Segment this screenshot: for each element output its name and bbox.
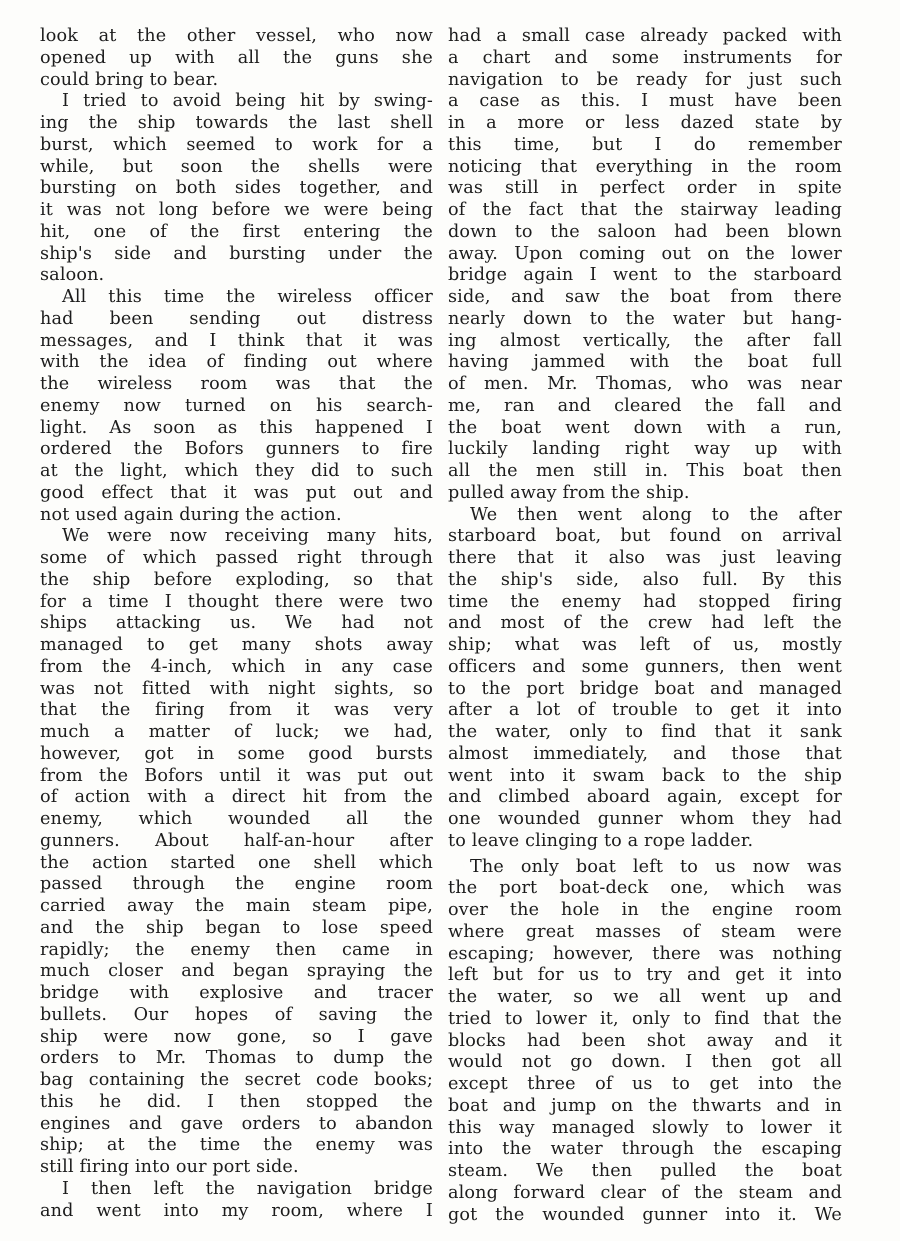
text-line: bag containing the secret code books;	[40, 1070, 433, 1092]
text-line: some of which passed right through	[40, 548, 433, 570]
text-line: enemy, which wounded all the	[40, 809, 433, 831]
text-line: away. Upon coming out on the lower	[448, 244, 842, 266]
text-line: navigation to be ready for just such	[448, 70, 842, 92]
text-line: of action with a direct hit from the	[40, 787, 433, 809]
text-line: and went into my room, where I	[40, 1201, 433, 1223]
text-line: good effect that it was put out and	[40, 483, 433, 505]
text-line: ship's side and bursting under the	[40, 244, 433, 266]
text-line: having jammed with the boat full	[448, 352, 842, 374]
text-line: We then went along to the after	[448, 505, 842, 527]
left-column: look at the other vessel, who nowopened …	[40, 26, 433, 1222]
text-line: steam. We then pulled the boat	[448, 1161, 842, 1183]
text-line: with the idea of finding out where	[40, 352, 433, 374]
text-line: ship; what was left of us, mostly	[448, 635, 842, 657]
text-line: ordered the Bofors gunners to fire	[40, 439, 433, 461]
text-line: side, and saw the boat from there	[448, 287, 842, 309]
text-line: bursting on both sides together, and	[40, 178, 433, 200]
text-line: for a time I thought there were two	[40, 592, 433, 614]
text-line: the water, only to find that it sank	[448, 722, 842, 744]
text-line: We were now receiving many hits,	[40, 526, 433, 548]
text-line: light. As soon as this happened I	[40, 418, 433, 440]
text-line: along forward clear of the steam and	[448, 1183, 842, 1205]
text-line: the port boat-deck one, which was	[448, 878, 842, 900]
text-line: there that it also was just leaving	[448, 548, 842, 570]
text-line: escaping; however, there was nothing	[448, 944, 842, 966]
text-line: got the wounded gunner into it. We	[448, 1205, 842, 1227]
text-line: the ship's side, also full. By this	[448, 570, 842, 592]
text-line: this time, but I do remember	[448, 135, 842, 157]
text-line: hit, one of the first entering the	[40, 222, 433, 244]
text-line: carried away the main steam pipe,	[40, 896, 433, 918]
text-line: of the fact that the stairway leading	[448, 200, 842, 222]
text-line: had been sending out distress	[40, 309, 433, 331]
text-line: from the 4-inch, which in any case	[40, 657, 433, 679]
text-line: one wounded gunner whom they had	[448, 809, 842, 831]
text-line: ships attacking us. We had not	[40, 613, 433, 635]
text-line: to the port bridge boat and managed	[448, 679, 842, 701]
text-line: down to the saloon had been blown	[448, 222, 842, 244]
text-line: at the light, which they did to such	[40, 461, 433, 483]
text-line: time the enemy had stopped firing	[448, 592, 842, 614]
text-line: would not go down. I then got all	[448, 1052, 842, 1074]
text-line: could bring to bear.	[40, 70, 433, 92]
text-line: starboard boat, but found on arrival	[448, 526, 842, 548]
text-line: into the water through the escaping	[448, 1139, 842, 1161]
text-line: orders to Mr. Thomas to dump the	[40, 1048, 433, 1070]
text-line: and most of the crew had left the	[448, 613, 842, 635]
text-line: boat and jump on the thwarts and in	[448, 1096, 842, 1118]
text-line: officers and some gunners, then went	[448, 657, 842, 679]
text-line: to leave clinging to a rope ladder.	[448, 831, 842, 853]
text-line: All this time the wireless officer	[40, 287, 433, 309]
text-line: much a matter of luck; we had,	[40, 722, 433, 744]
text-line: messages, and I think that it was	[40, 331, 433, 353]
text-line: all the men still in. This boat then	[448, 461, 842, 483]
text-line: passed through the engine room	[40, 874, 433, 896]
text-line: I then left the navigation bridge	[40, 1179, 433, 1201]
text-line: bridge again I went to the starboard	[448, 265, 842, 287]
text-line: over the hole in the engine room	[448, 900, 842, 922]
text-line: and the ship began to lose speed	[40, 918, 433, 940]
text-line: this way managed slowly to lower it	[448, 1118, 842, 1140]
text-line: luckily landing right way up with	[448, 439, 842, 461]
text-line: look at the other vessel, who now	[40, 26, 433, 48]
text-line: noticing that everything in the room	[448, 157, 842, 179]
text-line: the boat went down with a run,	[448, 418, 842, 440]
text-line: tried to lower it, only to find that the	[448, 1009, 842, 1031]
text-line: and climbed aboard again, except for	[448, 787, 842, 809]
text-line: not used again during the action.	[40, 505, 433, 527]
text-line: except three of us to get into the	[448, 1074, 842, 1096]
text-line: while, but soon the shells were	[40, 157, 433, 179]
text-line: almost immediately, and those that	[448, 744, 842, 766]
text-line: the wireless room was that the	[40, 374, 433, 396]
document-page: look at the other vessel, who nowopened …	[0, 0, 900, 1241]
text-line: blocks had been shot away and it	[448, 1031, 842, 1053]
text-line: opened up with all the guns she	[40, 48, 433, 70]
text-line: gunners. About half-an-hour after	[40, 831, 433, 853]
text-line: ship; at the time the enemy was	[40, 1135, 433, 1157]
text-line: was still in perfect order in spite	[448, 178, 842, 200]
text-line: this he did. I then stopped the	[40, 1092, 433, 1114]
text-line: where great masses of steam were	[448, 922, 842, 944]
text-line: nearly down to the water but hang-	[448, 309, 842, 331]
text-line: saloon.	[40, 265, 433, 287]
text-line: from the Bofors until it was put out	[40, 766, 433, 788]
text-line: the water, so we all went up and	[448, 987, 842, 1009]
text-line: that the firing from it was very	[40, 700, 433, 722]
text-line: was not fitted with night sights, so	[40, 679, 433, 701]
text-line: engines and gave orders to abandon	[40, 1114, 433, 1136]
text-line: had a small case already packed with	[448, 26, 842, 48]
text-line: still firing into our port side.	[40, 1157, 433, 1179]
text-line: I tried to avoid being hit by swing-	[40, 91, 433, 113]
text-line: went into it swam back to the ship	[448, 766, 842, 788]
text-line: after a lot of trouble to get it into	[448, 700, 842, 722]
text-line: it was not long before we were being	[40, 200, 433, 222]
text-line: ing almost vertically, the after fall	[448, 331, 842, 353]
text-line: of men. Mr. Thomas, who was near	[448, 374, 842, 396]
text-line: in a more or less dazed state by	[448, 113, 842, 135]
text-line: a chart and some instruments for	[448, 48, 842, 70]
text-line: left but for us to try and get it into	[448, 965, 842, 987]
text-line: bridge with explosive and tracer	[40, 983, 433, 1005]
text-line: ship were now gone, so I gave	[40, 1027, 433, 1049]
text-line: me, ran and cleared the fall and	[448, 396, 842, 418]
text-line: rapidly; the enemy then came in	[40, 940, 433, 962]
text-line: ing the ship towards the last shell	[40, 113, 433, 135]
right-column: had a small case already packed witha ch…	[448, 26, 842, 1226]
text-line: bullets. Our hopes of saving the	[40, 1005, 433, 1027]
text-line: pulled away from the ship.	[448, 483, 842, 505]
text-line: the ship before exploding, so that	[40, 570, 433, 592]
text-line: enemy now turned on his search-	[40, 396, 433, 418]
text-line: managed to get many shots away	[40, 635, 433, 657]
text-line: the action started one shell which	[40, 853, 433, 875]
text-line: much closer and began spraying the	[40, 961, 433, 983]
text-line: The only boat left to us now was	[448, 857, 842, 879]
text-line: burst, which seemed to work for a	[40, 135, 433, 157]
text-line: however, got in some good bursts	[40, 744, 433, 766]
text-line: a case as this. I must have been	[448, 91, 842, 113]
